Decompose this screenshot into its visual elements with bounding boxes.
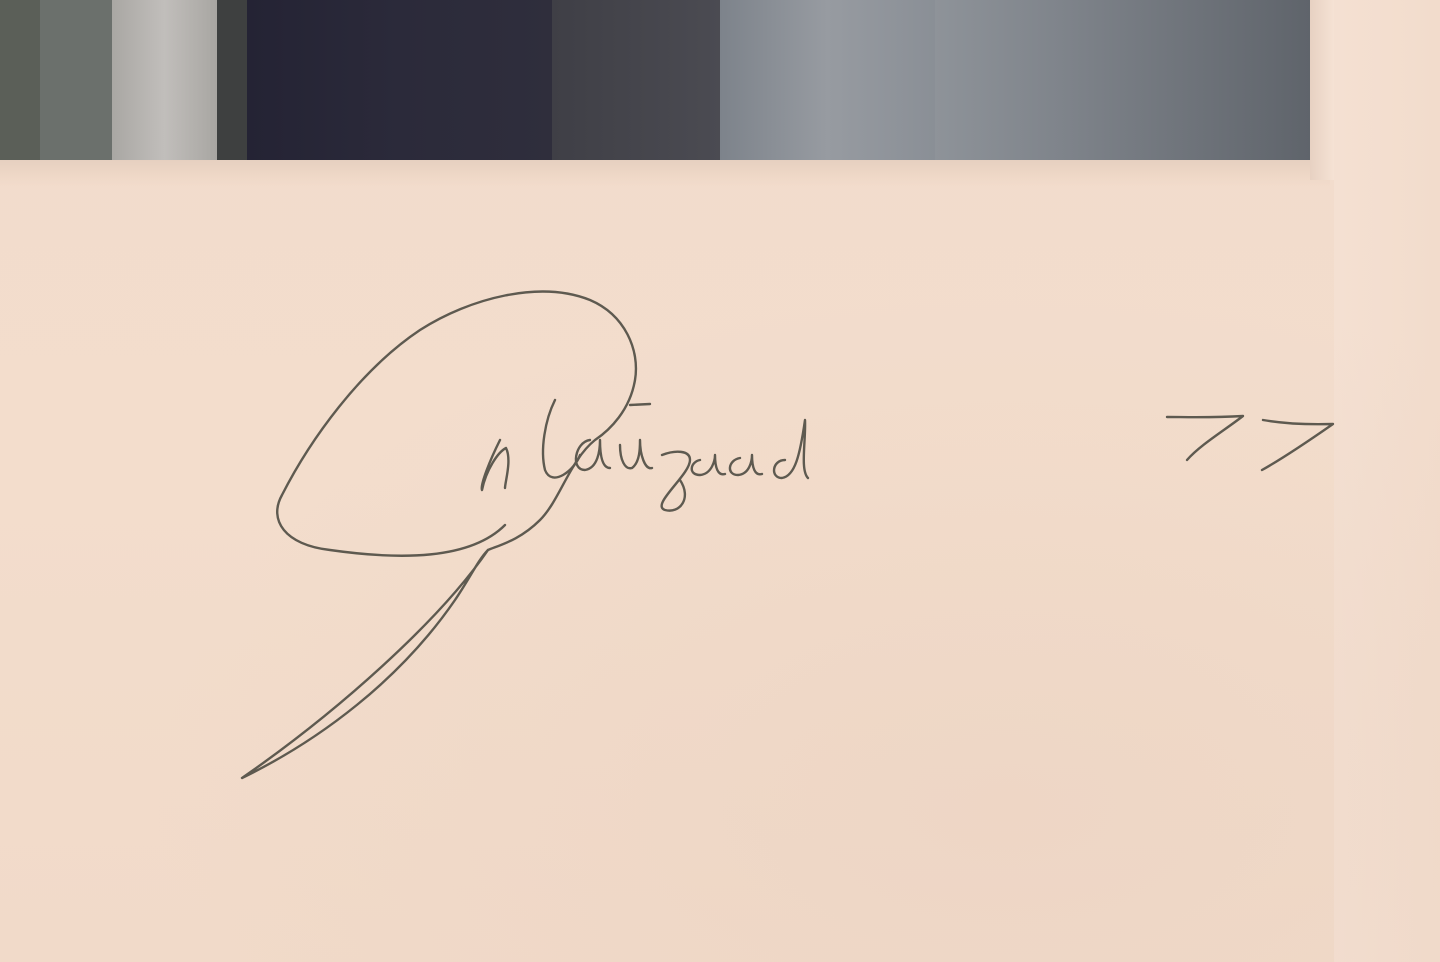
signature [0, 0, 1440, 962]
